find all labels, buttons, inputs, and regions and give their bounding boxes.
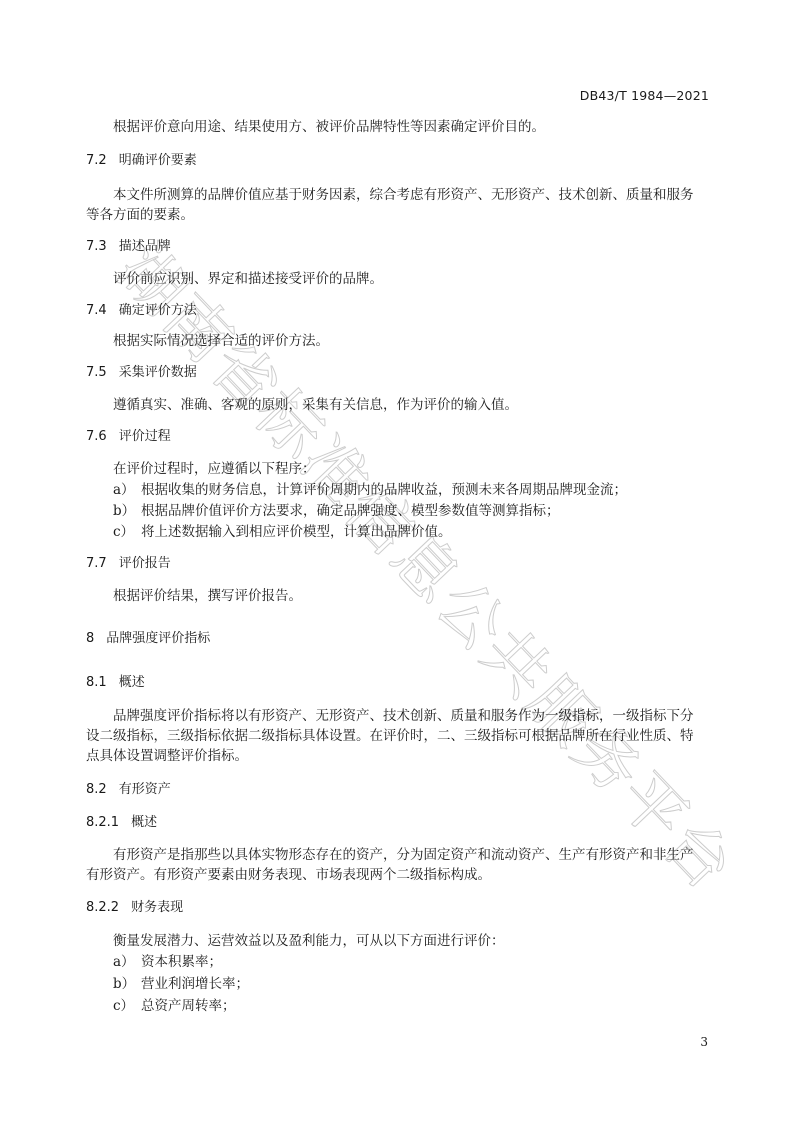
paragraph-continuation: 点具体设置调整评价指标。 — [86, 747, 248, 765]
list-item: a）根据收集的财务信息，计算评价周期内的品牌收益，预测未来各周期品牌现金流； — [113, 481, 627, 499]
list-marker: a） — [113, 953, 141, 971]
list-item-text: 资本积累率； — [141, 954, 222, 970]
paragraph: 衡量发展潜力、运营效益以及盈利能力，可从以下方面进行评价： — [113, 932, 505, 950]
section-number: 8.2 — [86, 781, 107, 799]
list-marker: a） — [113, 481, 141, 499]
paragraph-continuation: 有形资产。有形资产要素由财务表现、市场表现两个二级指标构成。 — [86, 866, 491, 884]
section-number: 7.2 — [86, 152, 107, 170]
list-marker: c） — [113, 523, 141, 541]
section-title: 财务表现 — [131, 899, 183, 917]
section-title: 评价过程 — [119, 428, 171, 446]
paragraph: 品牌强度评价指标将以有形资产、无形资产、技术创新、质量和服务作为一级指标，一级指… — [113, 707, 694, 725]
section-title: 评价报告 — [119, 555, 171, 573]
section-title: 采集评价数据 — [119, 364, 197, 382]
list-item-text: 营业利润增长率； — [141, 976, 249, 992]
section-heading-7-4: 7.4确定评价方法 — [86, 302, 197, 320]
page-number: 3 — [700, 1035, 708, 1049]
list-item: b）营业利润增长率； — [113, 975, 249, 993]
paragraph-continuation: 设二级指标，三级指标依据二级指标具体设置。在评价时，二、三级指标可根据品牌所在行… — [86, 727, 694, 745]
list-item: c）将上述数据输入到相应评价模型，计算出品牌价值。 — [113, 523, 452, 541]
list-marker: c） — [113, 997, 141, 1015]
section-heading-8-1: 8.1概述 — [86, 674, 145, 692]
section-heading-7-3: 7.3描述品牌 — [86, 238, 171, 256]
section-title: 有形资产 — [119, 781, 171, 799]
paragraph: 评价前应识别、界定和描述接受评价的品牌。 — [113, 270, 383, 288]
section-number: 7.6 — [86, 428, 107, 446]
section-title: 概述 — [119, 674, 145, 692]
list-marker: b） — [113, 502, 141, 520]
paragraph: 根据实际情况选择合适的评价方法。 — [113, 332, 329, 350]
list-item: a）资本积累率； — [113, 953, 222, 971]
watermark: 湖南省标准信息公共服务平台 — [101, 222, 758, 908]
section-heading-7-2: 7.2明确评价要素 — [86, 152, 197, 170]
section-title: 概述 — [131, 814, 157, 832]
section-number: 7.4 — [86, 302, 107, 320]
section-number: 7.7 — [86, 555, 107, 573]
paragraph: 根据评价意向用途、结果使用方、被评价品牌特性等因素确定评价目的。 — [113, 118, 545, 136]
list-item: b）根据品牌价值评价方法要求，确定品牌强度、模型参数值等测算指标； — [113, 502, 560, 520]
section-title: 确定评价方法 — [119, 302, 197, 320]
paragraph: 在评价过程时，应遵循以下程序： — [113, 460, 316, 478]
list-marker: b） — [113, 975, 141, 993]
section-number: 8.2.2 — [86, 899, 119, 917]
list-item-text: 根据收集的财务信息，计算评价周期内的品牌收益，预测未来各周期品牌现金流； — [141, 482, 627, 498]
section-number: 8.2.1 — [86, 814, 119, 832]
section-number: 7.5 — [86, 364, 107, 382]
paragraph: 根据评价结果，撰写评价报告。 — [113, 587, 302, 605]
section-heading-7-5: 7.5采集评价数据 — [86, 364, 197, 382]
list-item: c）总资产周转率； — [113, 997, 236, 1015]
list-item-text: 总资产周转率； — [141, 998, 236, 1014]
list-item-text: 根据品牌价值评价方法要求，确定品牌强度、模型参数值等测算指标； — [141, 503, 560, 519]
section-title: 明确评价要素 — [119, 152, 197, 170]
paragraph-continuation: 等各方面的要素。 — [86, 206, 194, 224]
document-code: DB43/T 1984—2021 — [580, 88, 709, 103]
section-heading-7-6: 7.6评价过程 — [86, 428, 171, 446]
list-item-text: 将上述数据输入到相应评价模型，计算出品牌价值。 — [141, 524, 452, 540]
paragraph: 本文件所测算的品牌价值应基于财务因素，综合考虑有形资产、无形资产、技术创新、质量… — [113, 186, 694, 204]
chapter-title: 品牌强度评价指标 — [106, 630, 210, 648]
section-title: 描述品牌 — [119, 238, 171, 256]
document-page: 湖南省标准信息公共服务平台 DB43/T 1984—2021 根据评价意向用途、… — [0, 0, 794, 1122]
paragraph: 遵循真实、准确、客观的原则，采集有关信息，作为评价的输入值。 — [113, 396, 518, 414]
section-heading-8-2-2: 8.2.2财务表现 — [86, 899, 183, 917]
section-heading-7-7: 7.7评价报告 — [86, 555, 171, 573]
section-heading-8-2-1: 8.2.1概述 — [86, 814, 157, 832]
section-number: 8.1 — [86, 674, 107, 692]
paragraph: 有形资产是指那些以具体实物形态存在的资产，分为固定资产和流动资产、生产有形资产和… — [113, 846, 694, 864]
chapter-heading-8: 8品牌强度评价指标 — [86, 630, 210, 648]
section-number: 7.3 — [86, 238, 107, 256]
section-heading-8-2: 8.2有形资产 — [86, 781, 171, 799]
chapter-number: 8 — [86, 630, 94, 648]
